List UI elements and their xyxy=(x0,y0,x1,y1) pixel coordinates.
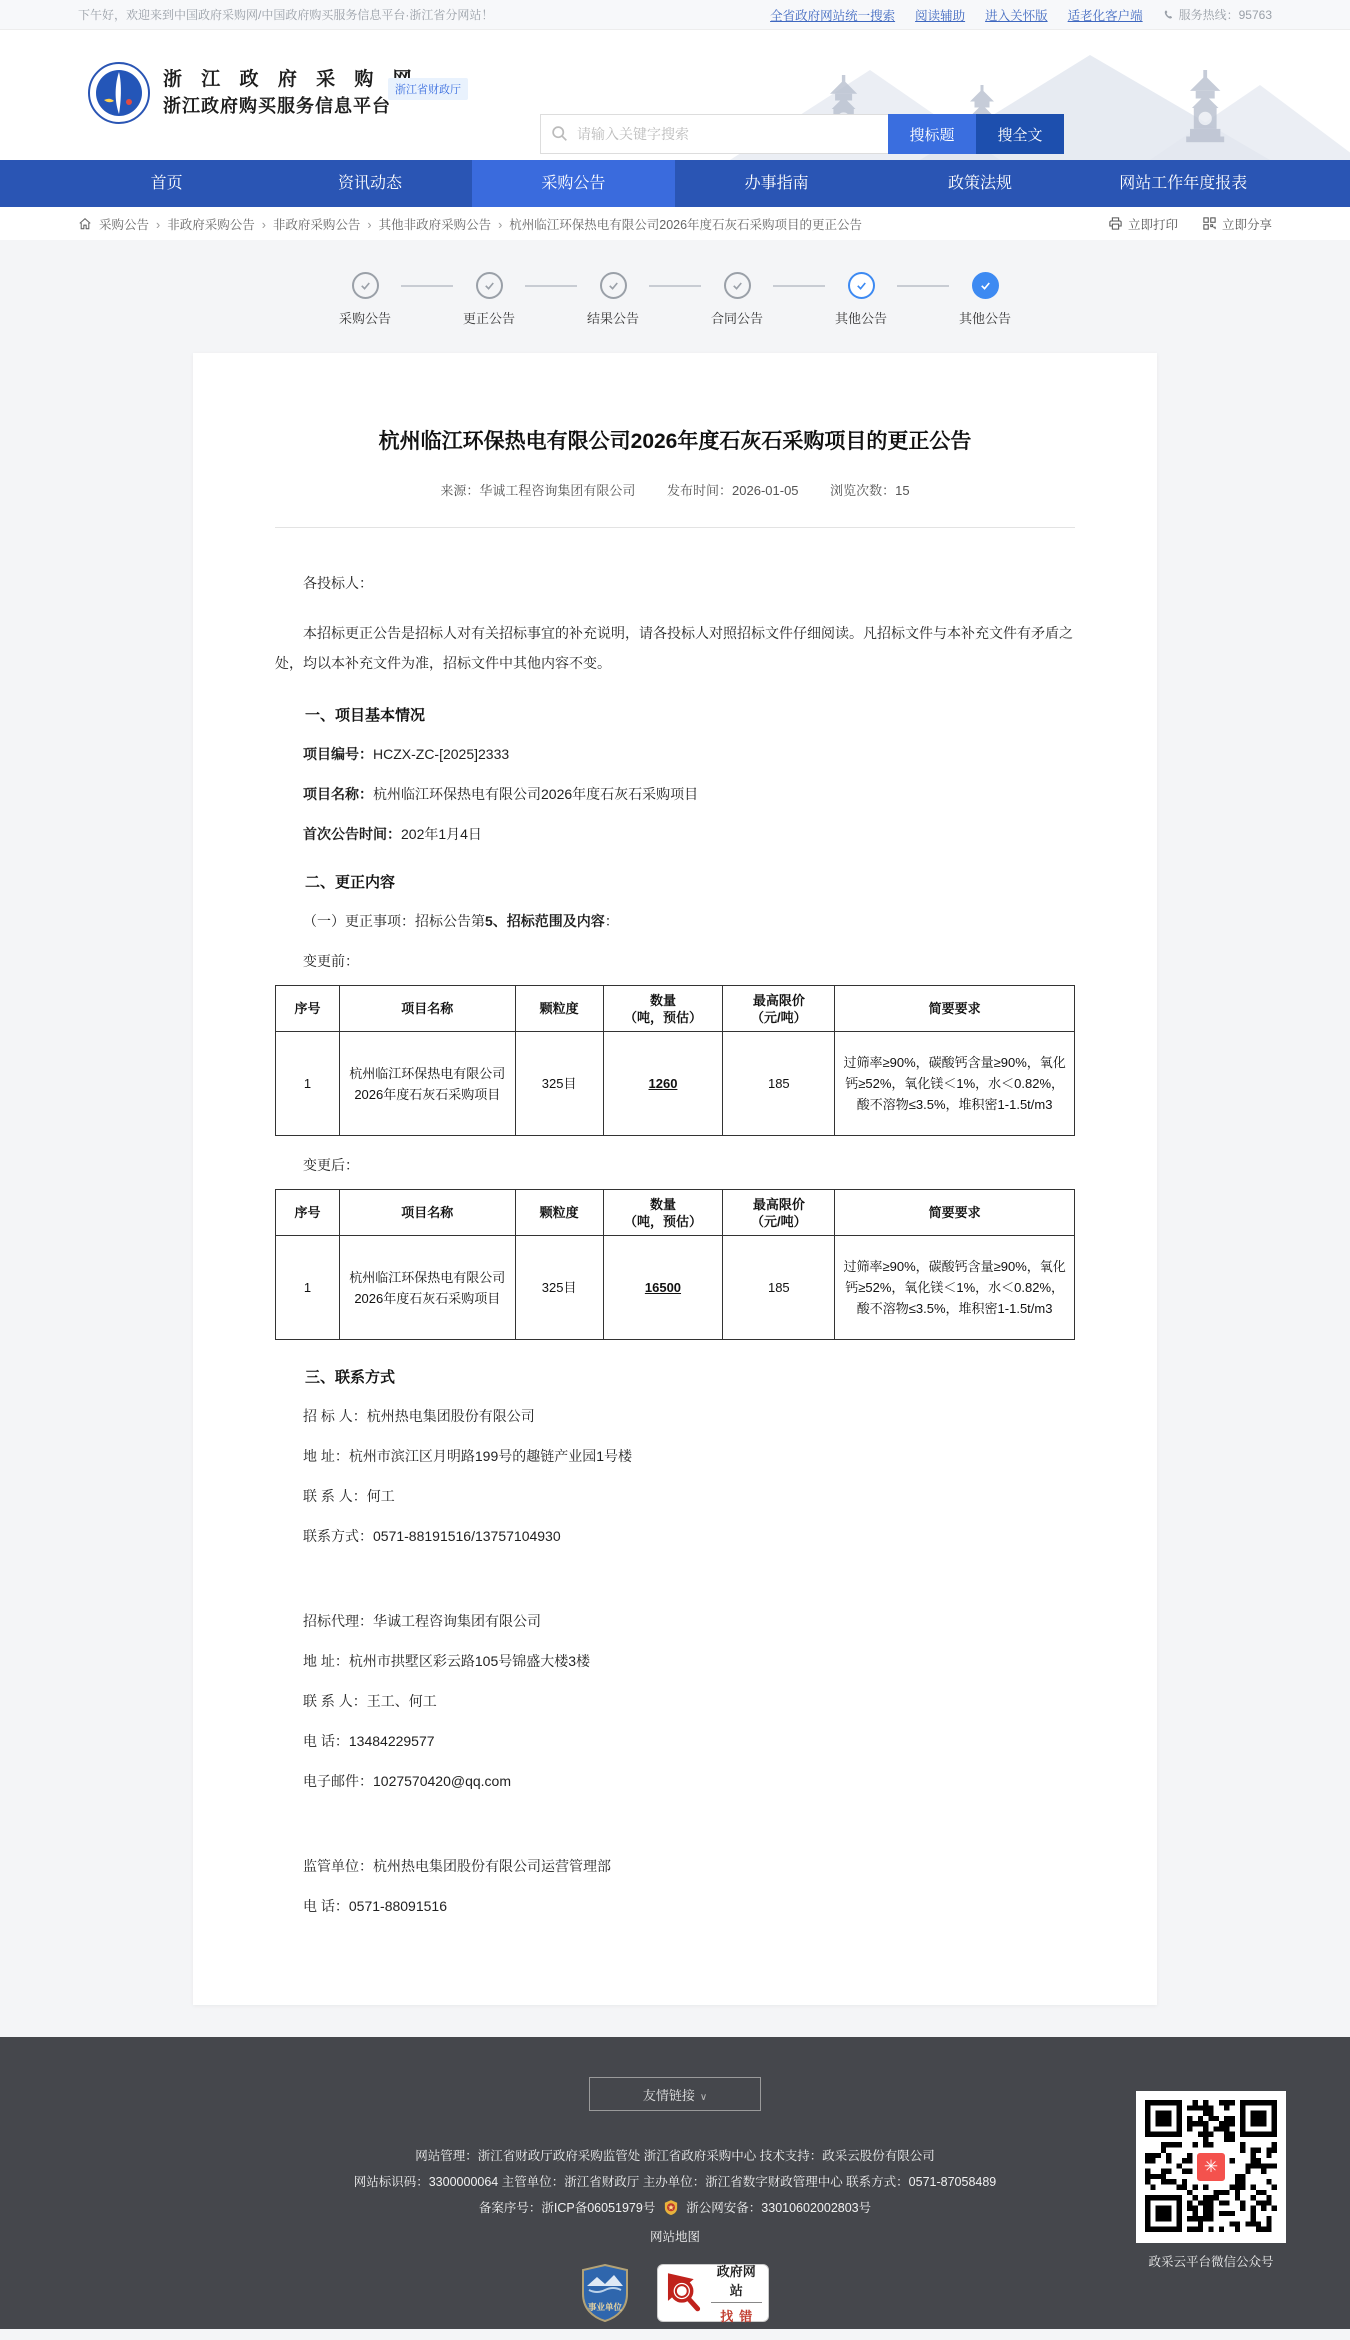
step-contract-announcement[interactable]: 合同公告 xyxy=(701,272,773,327)
search-input[interactable] xyxy=(540,114,888,154)
nav-item-home[interactable]: 首页 xyxy=(65,160,268,207)
before-change-label: 变更前： xyxy=(275,951,1075,972)
col-requirements: 简要要求 xyxy=(835,1190,1075,1236)
icp-record[interactable]: 备案序号：浙ICP备06051979号 xyxy=(479,2201,655,2215)
col-no: 序号 xyxy=(276,986,340,1032)
step-other-announcement[interactable]: 其他公告 xyxy=(825,272,897,327)
correction-item-line: （一）更正事项：招标公告第5、招标范围及内容： xyxy=(275,911,1075,932)
tenderer-contact-line: 联 系 人：何工 xyxy=(275,1486,1075,1507)
breadcrumb-item[interactable]: 其他非政府采购公告 xyxy=(379,215,510,233)
publish-date-label: 发布时间： xyxy=(667,483,732,498)
quantity-before: 1260 xyxy=(603,1032,723,1136)
breadcrumb-item[interactable]: 非政府采购公告 xyxy=(167,215,273,233)
nav-item-news[interactable]: 资讯动态 xyxy=(268,160,471,207)
link-elderly-client[interactable]: 适老化客户端 xyxy=(1068,6,1143,24)
step-connector xyxy=(897,285,949,287)
step-connector xyxy=(401,285,453,287)
main-nav: 首页 资讯动态 采购公告 办事指南 政策法规 网站工作年度报表 xyxy=(0,160,1350,207)
col-project-name: 项目名称 xyxy=(339,986,515,1032)
breadcrumb-item[interactable]: 采购公告 xyxy=(99,215,167,233)
supervisor-line: 监管单位：杭州热电集团股份有限公司运营管理部 xyxy=(275,1856,1075,1877)
col-max-price: 最高限价 （元/吨） xyxy=(723,1190,835,1236)
site-title-line2: 浙江政府购买服务信息平台 xyxy=(163,93,419,119)
public-institution-badge[interactable]: 事业单位 xyxy=(581,2264,629,2322)
printer-icon xyxy=(1108,216,1123,231)
search-icon xyxy=(551,125,568,142)
announcement-stepper: 采购公告 更正公告 结果公告 合同公告 其他公告 其他公告 xyxy=(0,272,1350,327)
announcement-body: 各投标人： 本招标更正公告是招标人对有关招标事宜的补充说明，请各投标人对照招标文… xyxy=(193,573,1157,1917)
check-circle-icon xyxy=(848,272,875,299)
qr-caption: 政采云平台微信公众号 xyxy=(1136,2252,1286,2270)
agency-email-line: 电子邮件：1027570420@qq.com xyxy=(275,1771,1075,1792)
top-utility-bar: 下午好，欢迎来到中国政府采购网/中国政府购买服务信息平台·浙江省分网站！ 全省政… xyxy=(0,0,1350,30)
col-project-name: 项目名称 xyxy=(339,1190,515,1236)
source-label: 来源： xyxy=(440,483,479,498)
welcome-text: 下午好，欢迎来到中国政府采购网/中国政府购买服务信息平台·浙江省分网站！ xyxy=(78,6,493,23)
step-procurement-announcement[interactable]: 采购公告 xyxy=(329,272,401,327)
views-label: 浏览次数： xyxy=(830,483,895,498)
project-name-line: 项目名称：杭州临江环保热电有限公司2026年度石灰石采购项目 xyxy=(275,784,1075,805)
nav-item-policies[interactable]: 政策法规 xyxy=(878,160,1081,207)
section-title-basic-info: 一、项目基本情况 xyxy=(275,704,1075,725)
breadcrumb-current: 杭州临江环保热电有限公司2026年度石灰石采购项目的更正公告 xyxy=(509,215,862,233)
site-logo xyxy=(88,62,150,124)
step-connector xyxy=(649,285,701,287)
friendly-links-button[interactable]: 友情链接∨ xyxy=(589,2077,761,2111)
table-row: 1 杭州临江环保热电有限公司2026年度石灰石采购项目 325目 1260 18… xyxy=(276,1032,1075,1136)
check-circle-icon xyxy=(724,272,751,299)
supervisor-phone-line: 电 话：0571-88091516 xyxy=(275,1896,1075,1917)
col-granularity: 颗粒度 xyxy=(515,986,603,1032)
agency-line: 招标代理：华诚工程咨询集团有限公司 xyxy=(275,1611,1075,1632)
check-circle-icon xyxy=(600,272,627,299)
print-button[interactable]: 立即打印 xyxy=(1108,215,1178,233)
wechat-qr-block: ✳ 政采云平台微信公众号 xyxy=(1136,2091,1286,2270)
service-hotline: 服务热线：95763 xyxy=(1179,6,1272,23)
after-change-label: 变更后： xyxy=(275,1155,1075,1176)
announcement-meta: 来源：华诚工程咨询集团有限公司 发布时间：2026-01-05 浏览次数：15 xyxy=(193,480,1157,499)
publish-date-value: 2026-01-05 xyxy=(732,483,799,498)
public-security-record[interactable]: 浙公网安备：33010602002803号 xyxy=(686,2201,871,2215)
tenderer-phone-line: 联系方式：0571-88191516/13757104930 xyxy=(275,1526,1075,1547)
gov-site-error-report-badge[interactable]: 政府网站 找错 xyxy=(657,2264,769,2322)
col-quantity: 数量 （吨，预估） xyxy=(603,986,723,1032)
site-footer: 友情链接∨ 网站管理：浙江省财政厅政府采购监管处 浙江省政府采购中心 技术支持：… xyxy=(0,2037,1350,2329)
zcy-logo-icon: ✳ xyxy=(1194,2150,1228,2184)
check-circle-icon xyxy=(352,272,379,299)
project-number-line: 项目编号：HCZX-ZC-[2025]2333 xyxy=(275,744,1075,765)
svg-text:事业单位: 事业单位 xyxy=(588,2302,623,2312)
meta-divider xyxy=(275,527,1075,528)
home-icon[interactable] xyxy=(78,217,92,231)
link-care-version[interactable]: 进入关怀版 xyxy=(985,6,1048,24)
check-circle-icon xyxy=(476,272,503,299)
views-value: 15 xyxy=(895,483,909,498)
section-title-correction-content: 二、更正内容 xyxy=(275,871,1075,892)
source-value: 华诚工程咨询集团有限公司 xyxy=(479,483,635,498)
phone-icon xyxy=(1163,9,1175,21)
announcement-card: 杭州临江环保热电有限公司2026年度石灰石采购项目的更正公告 来源：华诚工程咨询… xyxy=(193,353,1157,2005)
before-change-table: 序号 项目名称 颗粒度 数量 （吨，预估） 最高限价 （元/吨） 简要要求 1 … xyxy=(275,985,1075,1136)
chevron-down-icon: ∨ xyxy=(700,2092,707,2103)
quantity-after: 16500 xyxy=(603,1236,723,1340)
step-other-announcement-current[interactable]: 其他公告 xyxy=(949,272,1021,327)
agency-phone-line: 电 话：13484229577 xyxy=(275,1731,1075,1752)
step-correction-announcement[interactable]: 更正公告 xyxy=(453,272,525,327)
search-title-button[interactable]: 搜标题 xyxy=(888,114,976,154)
salutation: 各投标人： xyxy=(275,573,1075,594)
agency-contact-line: 联 系 人：王工、何工 xyxy=(275,1691,1075,1712)
qr-share-icon xyxy=(1202,216,1217,231)
search-fulltext-button[interactable]: 搜全文 xyxy=(976,114,1064,154)
table-row: 1 杭州临江环保热电有限公司2026年度石灰石采购项目 325目 16500 1… xyxy=(276,1236,1075,1340)
nav-item-service-guide[interactable]: 办事指南 xyxy=(675,160,878,207)
check-circle-icon xyxy=(972,272,999,299)
step-result-announcement[interactable]: 结果公告 xyxy=(577,272,649,327)
step-connector xyxy=(525,285,577,287)
finance-dept-badge: 浙江省财政厅 xyxy=(388,78,468,100)
tenderer-address-line: 地 址：杭州市滨江区月明路199号的趣链产业园1号楼 xyxy=(275,1446,1075,1467)
col-granularity: 颗粒度 xyxy=(515,1190,603,1236)
col-no: 序号 xyxy=(276,1190,340,1236)
after-change-table: 序号 项目名称 颗粒度 数量 （吨，预估） 最高限价 （元/吨） 简要要求 1 … xyxy=(275,1189,1075,1340)
first-announce-date-line: 首次公告时间：202年1月4日 xyxy=(275,824,1075,845)
agency-address-line: 地 址：杭州市拱墅区彩云路105号锦盛大楼3楼 xyxy=(275,1651,1075,1672)
breadcrumb-item[interactable]: 非政府采购公告 xyxy=(273,215,379,233)
section-title-contact: 三、联系方式 xyxy=(275,1366,1075,1387)
step-connector xyxy=(773,285,825,287)
col-requirements: 简要要求 xyxy=(835,986,1075,1032)
find-error-icon xyxy=(664,2271,706,2315)
intro-paragraph: 本招标更正公告是招标人对有关招标事宜的补充说明，请各投标人对照招标文件仔细阅读。… xyxy=(275,618,1075,678)
tenderer-line: 招 标 人：杭州热电集团股份有限公司 xyxy=(275,1406,1075,1427)
nav-item-annual-report[interactable]: 网站工作年度报表 xyxy=(1082,160,1285,207)
col-quantity: 数量 （吨，预估） xyxy=(603,1190,723,1236)
link-reading-aid[interactable]: 阅读辅助 xyxy=(915,6,965,24)
share-button[interactable]: 立即分享 xyxy=(1202,215,1272,233)
police-badge-icon xyxy=(664,2198,678,2224)
announcement-title: 杭州临江环保热电有限公司2026年度石灰石采购项目的更正公告 xyxy=(193,353,1157,455)
link-unified-search[interactable]: 全省政府网站统一搜索 xyxy=(770,6,895,24)
breadcrumb: 采购公告 非政府采购公告 非政府采购公告 其他非政府采购公告 杭州临江环保热电有… xyxy=(0,207,1350,240)
col-max-price: 最高限价 （元/吨） xyxy=(723,986,835,1032)
nav-item-procurement-announcements[interactable]: 采购公告 xyxy=(472,160,675,207)
site-header: 浙 江 政 府 采 购 网 浙江政府购买服务信息平台 浙江省财政厅 搜标题 搜全… xyxy=(0,30,1350,160)
site-title-line1: 浙 江 政 府 采 购 网 xyxy=(163,67,419,93)
